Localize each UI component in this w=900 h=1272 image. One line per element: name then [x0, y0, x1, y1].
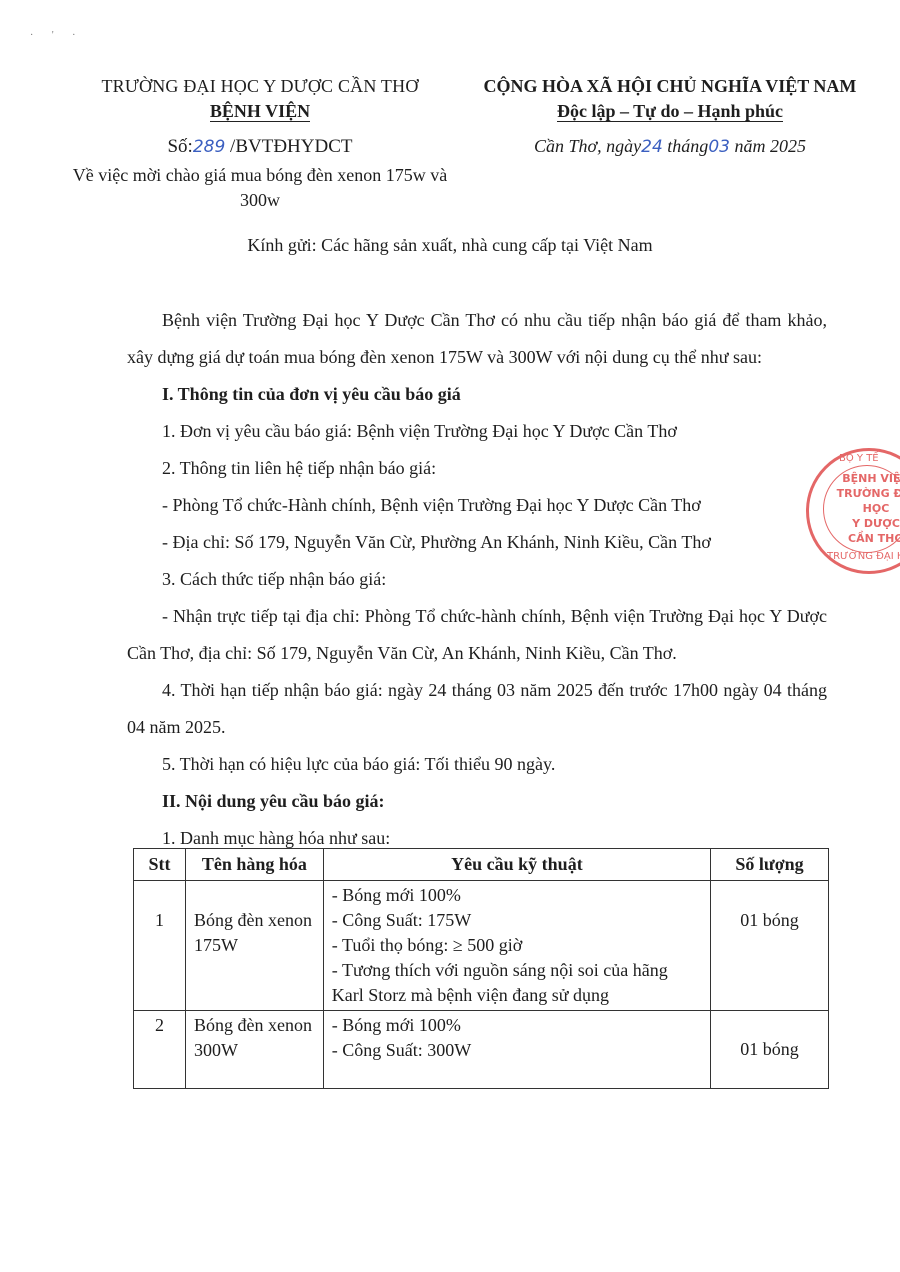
header-stt: Stt — [134, 849, 186, 881]
row-quantity: 01 bóng — [711, 881, 829, 1011]
unit-name: BỆNH VIỆN — [210, 101, 310, 122]
number-suffix: /BVTĐHYDCT — [225, 136, 352, 157]
table-row: 2 Bóng đèn xenon 300W - Bóng mới 100% - … — [134, 1011, 829, 1089]
year-text: năm 2025 — [730, 136, 806, 156]
section-1-item-4: 4. Thời hạn tiếp nhận báo giá: ngày 24 t… — [127, 672, 827, 746]
document-number: Số:289 /BVTĐHYDCT — [60, 134, 460, 160]
requirement: - Công Suất: 300W — [332, 1038, 702, 1063]
requirement: - Bóng mới 100% — [332, 1013, 702, 1038]
receipt-method: - Nhận trực tiếp tại địa chỉ: Phòng Tổ c… — [127, 598, 827, 672]
subject-line-2: 300w — [60, 188, 460, 213]
handwritten-number: 289 — [193, 137, 225, 157]
stamp-line: TRƯỜNG ĐẠI HỌC — [831, 486, 900, 516]
handwritten-day: 24 — [641, 137, 663, 157]
table-row: 1 Bóng đèn xenon 175W - Bóng mới 100% - … — [134, 881, 829, 1011]
section-1-title: I. Thông tin của đơn vị yêu cầu báo giá — [127, 376, 827, 413]
row-quantity: 01 bóng — [711, 1011, 829, 1089]
section-1-item-2: 2. Thông tin liên hệ tiếp nhận báo giá: — [127, 450, 827, 487]
requirement: - Công Suất: 175W — [332, 908, 702, 933]
row-name: Bóng đèn xenon 300W — [185, 1011, 323, 1089]
intro-paragraph: Bệnh viện Trường Đại học Y Dược Cần Thơ … — [127, 302, 827, 376]
header-requirements: Yêu cầu kỹ thuật — [323, 849, 710, 881]
stamp-line: BỆNH VIỆN — [831, 471, 900, 486]
row-stt: 2 — [134, 1011, 186, 1089]
goods-table: Stt Tên hàng hóa Yêu cầu kỹ thuật Số lượ… — [133, 848, 829, 1089]
header-left: TRƯỜNG ĐẠI HỌC Y DƯỢC CẦN THƠ BỆNH VIỆN … — [60, 74, 460, 213]
section-1-item-5: 5. Thời hạn có hiệu lực của báo giá: Tối… — [127, 746, 827, 783]
requirement: - Tuổi thọ bóng: ≥ 500 giờ — [332, 933, 702, 958]
recipient: Kính gửi: Các hãng sản xuất, nhà cung cấ… — [0, 235, 900, 256]
stamp-line: CẦN THƠ — [831, 531, 900, 546]
section-1-item-3: 3. Cách thức tiếp nhận báo giá: — [127, 561, 827, 598]
subject-line-1: Về việc mời chào giá mua bóng đèn xenon … — [60, 163, 460, 188]
header-quantity: Số lượng — [711, 849, 829, 881]
table-header-row: Stt Tên hàng hóa Yêu cầu kỹ thuật Số lượ… — [134, 849, 829, 881]
row-requirements: - Bóng mới 100% - Công Suất: 300W — [323, 1011, 710, 1089]
row-stt: 1 — [134, 881, 186, 1011]
section-1-item-1: 1. Đơn vị yêu cầu báo giá: Bệnh viện Trư… — [127, 413, 827, 450]
document-subject: Về việc mời chào giá mua bóng đèn xenon … — [60, 163, 460, 213]
header-name: Tên hàng hóa — [185, 849, 323, 881]
month-label: tháng — [663, 136, 709, 156]
header-right: CỘNG HÒA XÃ HỘI CHỦ NGHĨA VIỆT NAM Độc l… — [440, 74, 900, 160]
section-2-title: II. Nội dung yêu cầu báo giá: — [127, 783, 827, 820]
date-prefix: Cần Thơ, ngày — [534, 136, 641, 156]
stamp-top-text: BỘ Y TẾ — [839, 453, 879, 464]
nation-name: CỘNG HÒA XÃ HỘI CHỦ NGHĨA VIỆT NAM — [440, 74, 900, 99]
organization-name: TRƯỜNG ĐẠI HỌC Y DƯỢC CẦN THƠ — [60, 74, 460, 99]
stamp-bottom-text: TRƯỜNG ĐẠI HỌC Y — [827, 551, 900, 562]
document-body: Bệnh viện Trường Đại học Y Dược Cần Thơ … — [127, 302, 827, 857]
number-prefix: Số: — [167, 136, 192, 157]
contact-department: - Phòng Tổ chức-Hành chính, Bệnh viện Tr… — [127, 487, 827, 524]
stamp-line: Y DƯỢC — [831, 516, 900, 531]
handwritten-month: 03 — [708, 137, 730, 157]
scan-specks: · ' · — [30, 30, 83, 41]
document-date: Cần Thơ, ngày24 tháng03 năm 2025 — [440, 134, 900, 160]
row-requirements: - Bóng mới 100% - Công Suất: 175W - Tuổi… — [323, 881, 710, 1011]
requirement: - Tương thích với nguồn sáng nội soi của… — [332, 958, 702, 1008]
national-motto: Độc lập – Tự do – Hạnh phúc — [557, 101, 783, 122]
row-name: Bóng đèn xenon 175W — [185, 881, 323, 1011]
requirement: - Bóng mới 100% — [332, 883, 702, 908]
contact-address: - Địa chỉ: Số 179, Nguyễn Văn Cừ, Phường… — [127, 524, 827, 561]
stamp-center-text: BỆNH VIỆN TRƯỜNG ĐẠI HỌC Y DƯỢC CẦN THƠ — [831, 471, 900, 546]
